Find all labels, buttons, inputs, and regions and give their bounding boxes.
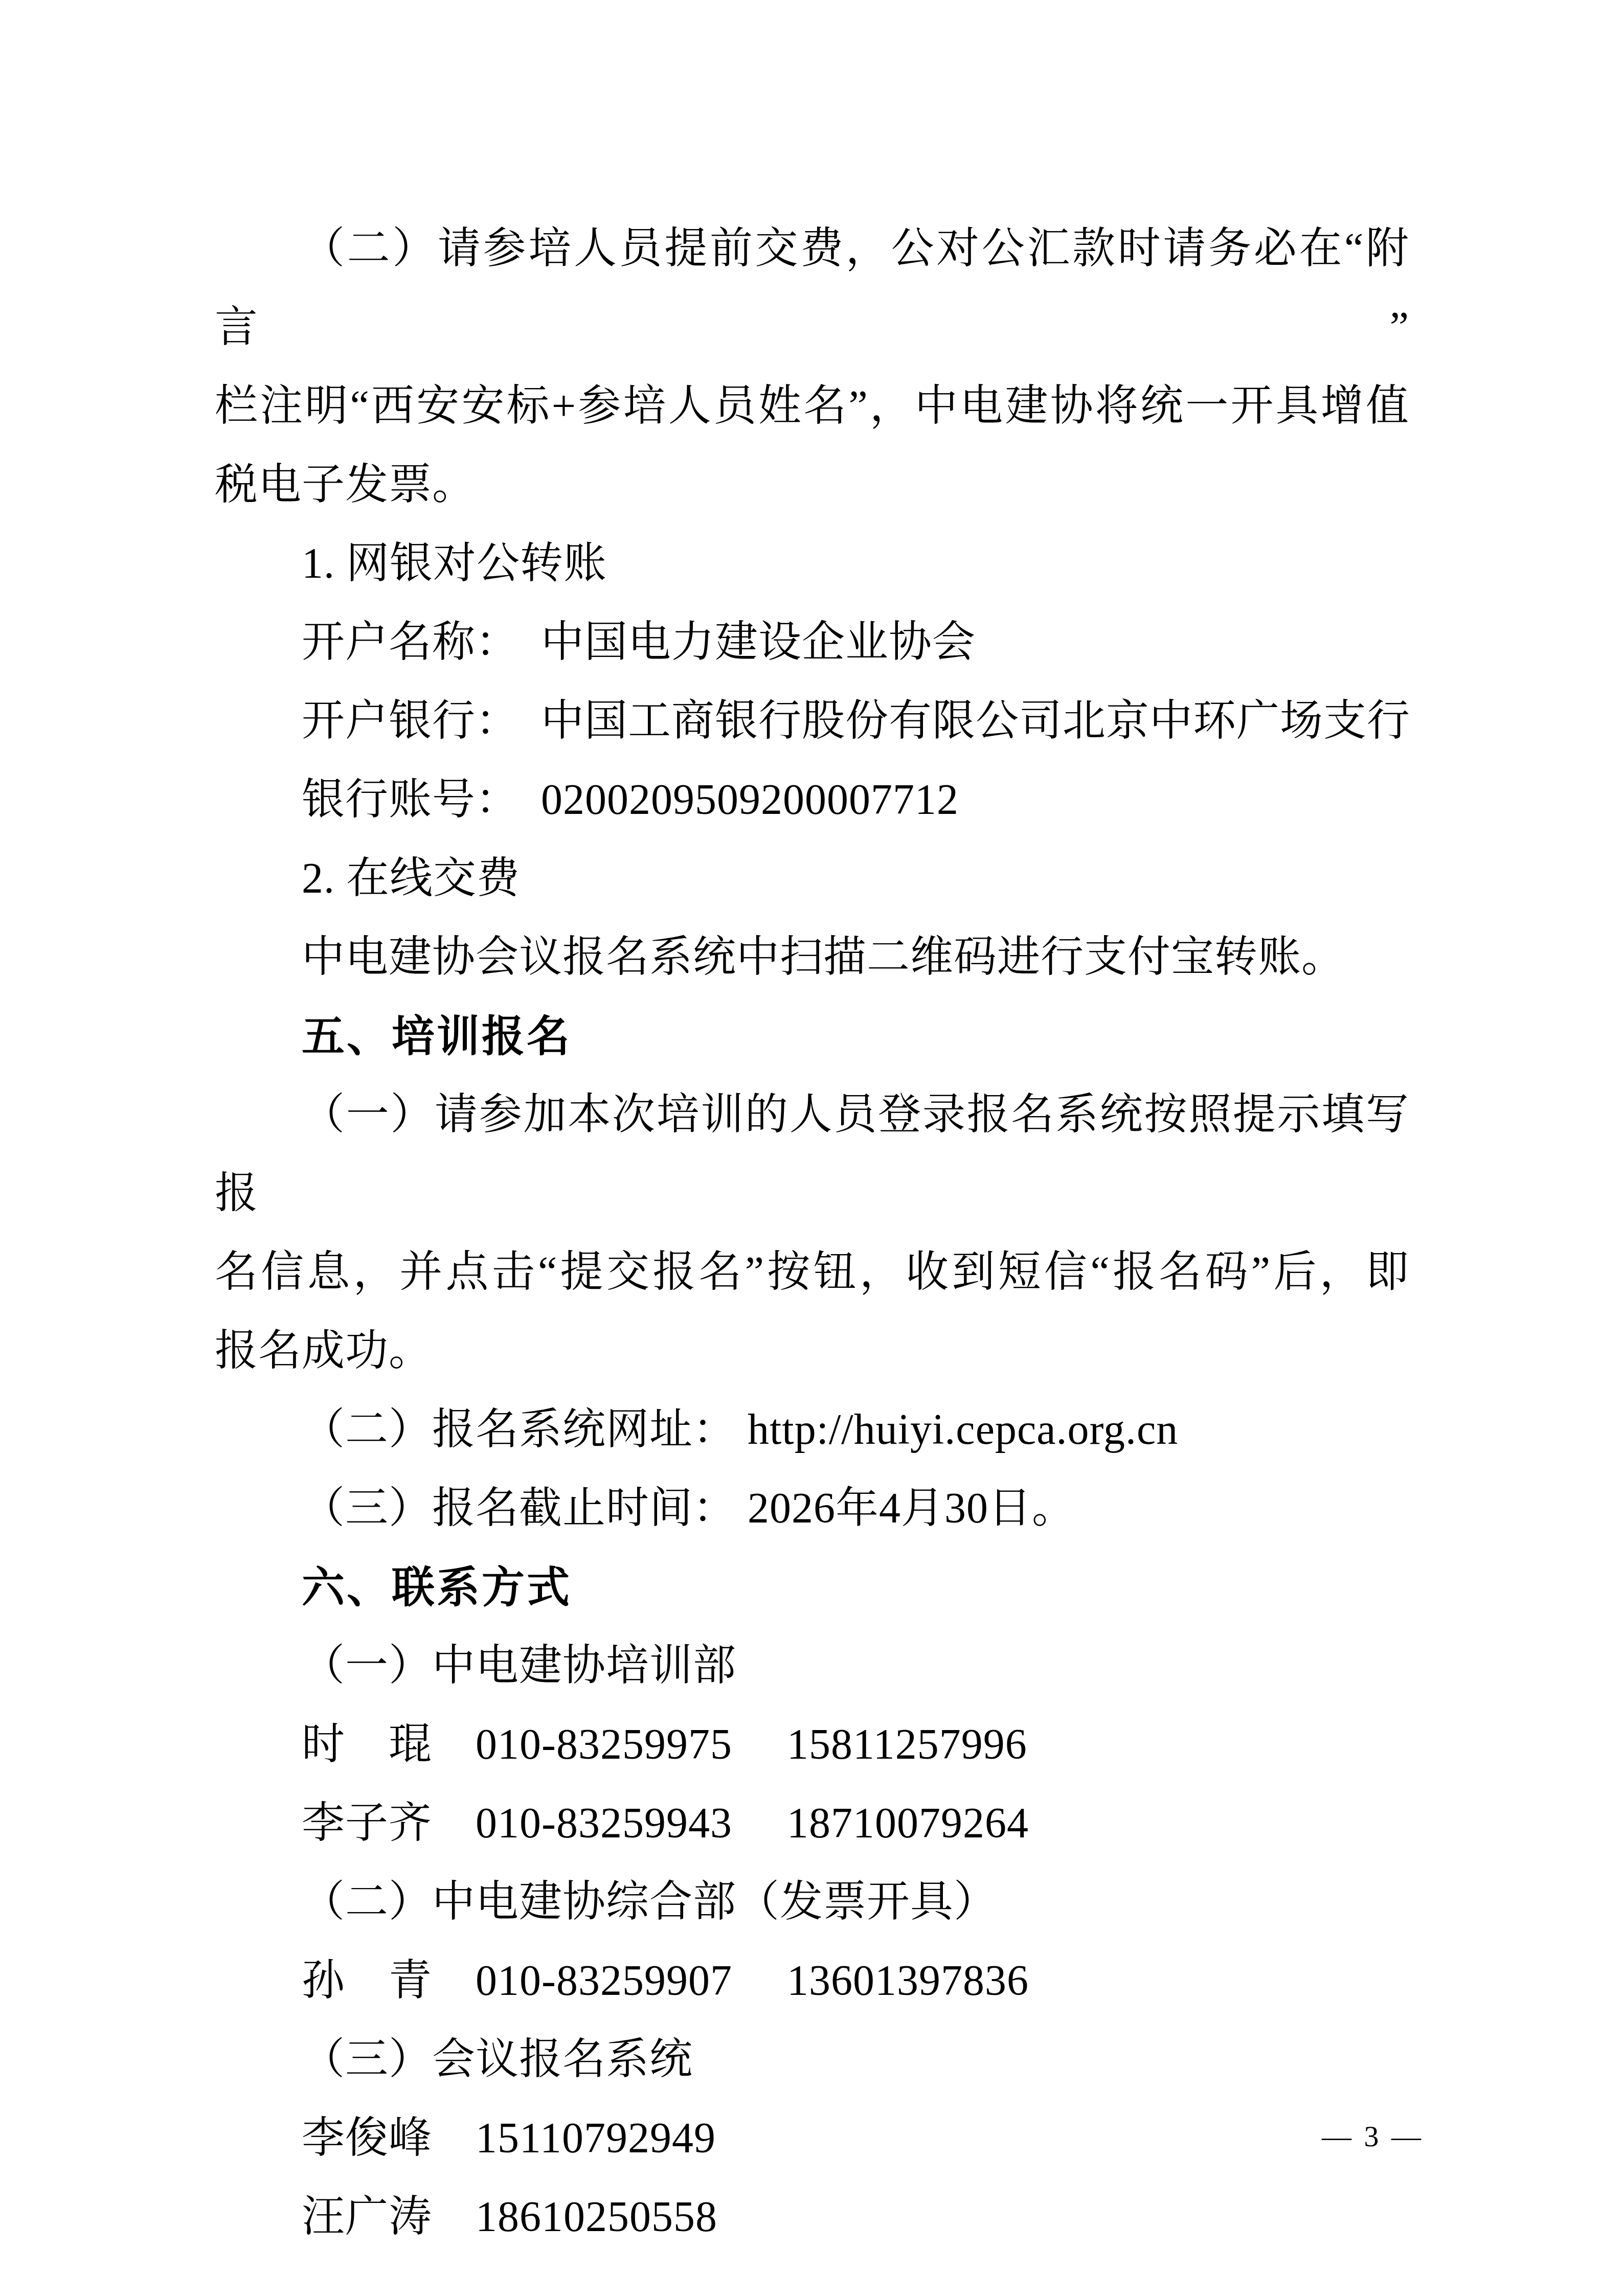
contact-row-sun-qing: 孙 青 010-83259907 13601397836 — [215, 1942, 1409, 2020]
line-account-bank: 开户银行： 中国工商银行股份有限公司北京中环广场支行 — [215, 682, 1409, 761]
contact-row-li-junfeng: 李俊峰 15110792949 — [215, 2099, 1409, 2178]
section-heading-contact: 六、联系方式 — [215, 1548, 1409, 1627]
contact-row-li-ziqi: 李子齐 010-83259943 18710079264 — [215, 1784, 1409, 1863]
contact-row-wang-guangtao: 汪广涛 18610250558 — [215, 2178, 1409, 2257]
line-account-name: 开户名称： 中国电力建设企业协会 — [215, 603, 1409, 682]
line-registration-deadline: （三）报名截止时间： 2026年4月30日。 — [215, 1469, 1409, 1548]
page-number: — 3 — — [1322, 2120, 1424, 2153]
line-registration-step-3: 报名成功。 — [215, 1312, 1409, 1391]
line-registration-step-2: 名信息，并点击“提交报名”按钮，收到短信“报名码”后，即 — [215, 1233, 1409, 1312]
line-contact-dept-training: （一）中电建协培训部 — [215, 1627, 1409, 1706]
line-contact-dept-general: （二）中电建协综合部（发票开具） — [215, 1863, 1409, 1942]
line-registration-step-1: （一）请参加本次培训的人员登录报名系统按照提示填写报 — [215, 1076, 1409, 1233]
line-online-payment-desc: 中电建协会议报名系统中扫描二维码进行支付宝转账。 — [215, 918, 1409, 997]
document-page: （二）请参培人员提前交费，公对公汇款时请务必在“附言” 栏注明“西安安标+参培人… — [0, 0, 1624, 2296]
line-fee-notice-1: （二）请参培人员提前交费，公对公汇款时请务必在“附言” — [215, 210, 1409, 367]
line-contact-dept-meeting-system: （三）会议报名系统 — [215, 2020, 1409, 2099]
section-heading-training-registration: 五、培训报名 — [215, 997, 1409, 1076]
line-online-payment-subheading: 2. 在线交费 — [215, 839, 1409, 918]
line-account-number: 银行账号： 0200209509200007712 — [215, 761, 1409, 839]
document-body: （二）请参培人员提前交费，公对公汇款时请务必在“附言” 栏注明“西安安标+参培人… — [215, 210, 1409, 2257]
line-bank-transfer-subheading: 1. 网银对公转账 — [215, 525, 1409, 603]
line-fee-notice-3: 税电子发票。 — [215, 446, 1409, 525]
line-fee-notice-2: 栏注明“西安安标+参培人员姓名”，中电建协将统一开具增值 — [215, 367, 1409, 446]
contact-row-shi-kun: 时 琨 010-83259975 15811257996 — [215, 1706, 1409, 1784]
line-registration-url: （二）报名系统网址： http://huiyi.cepca.org.cn — [215, 1391, 1409, 1469]
